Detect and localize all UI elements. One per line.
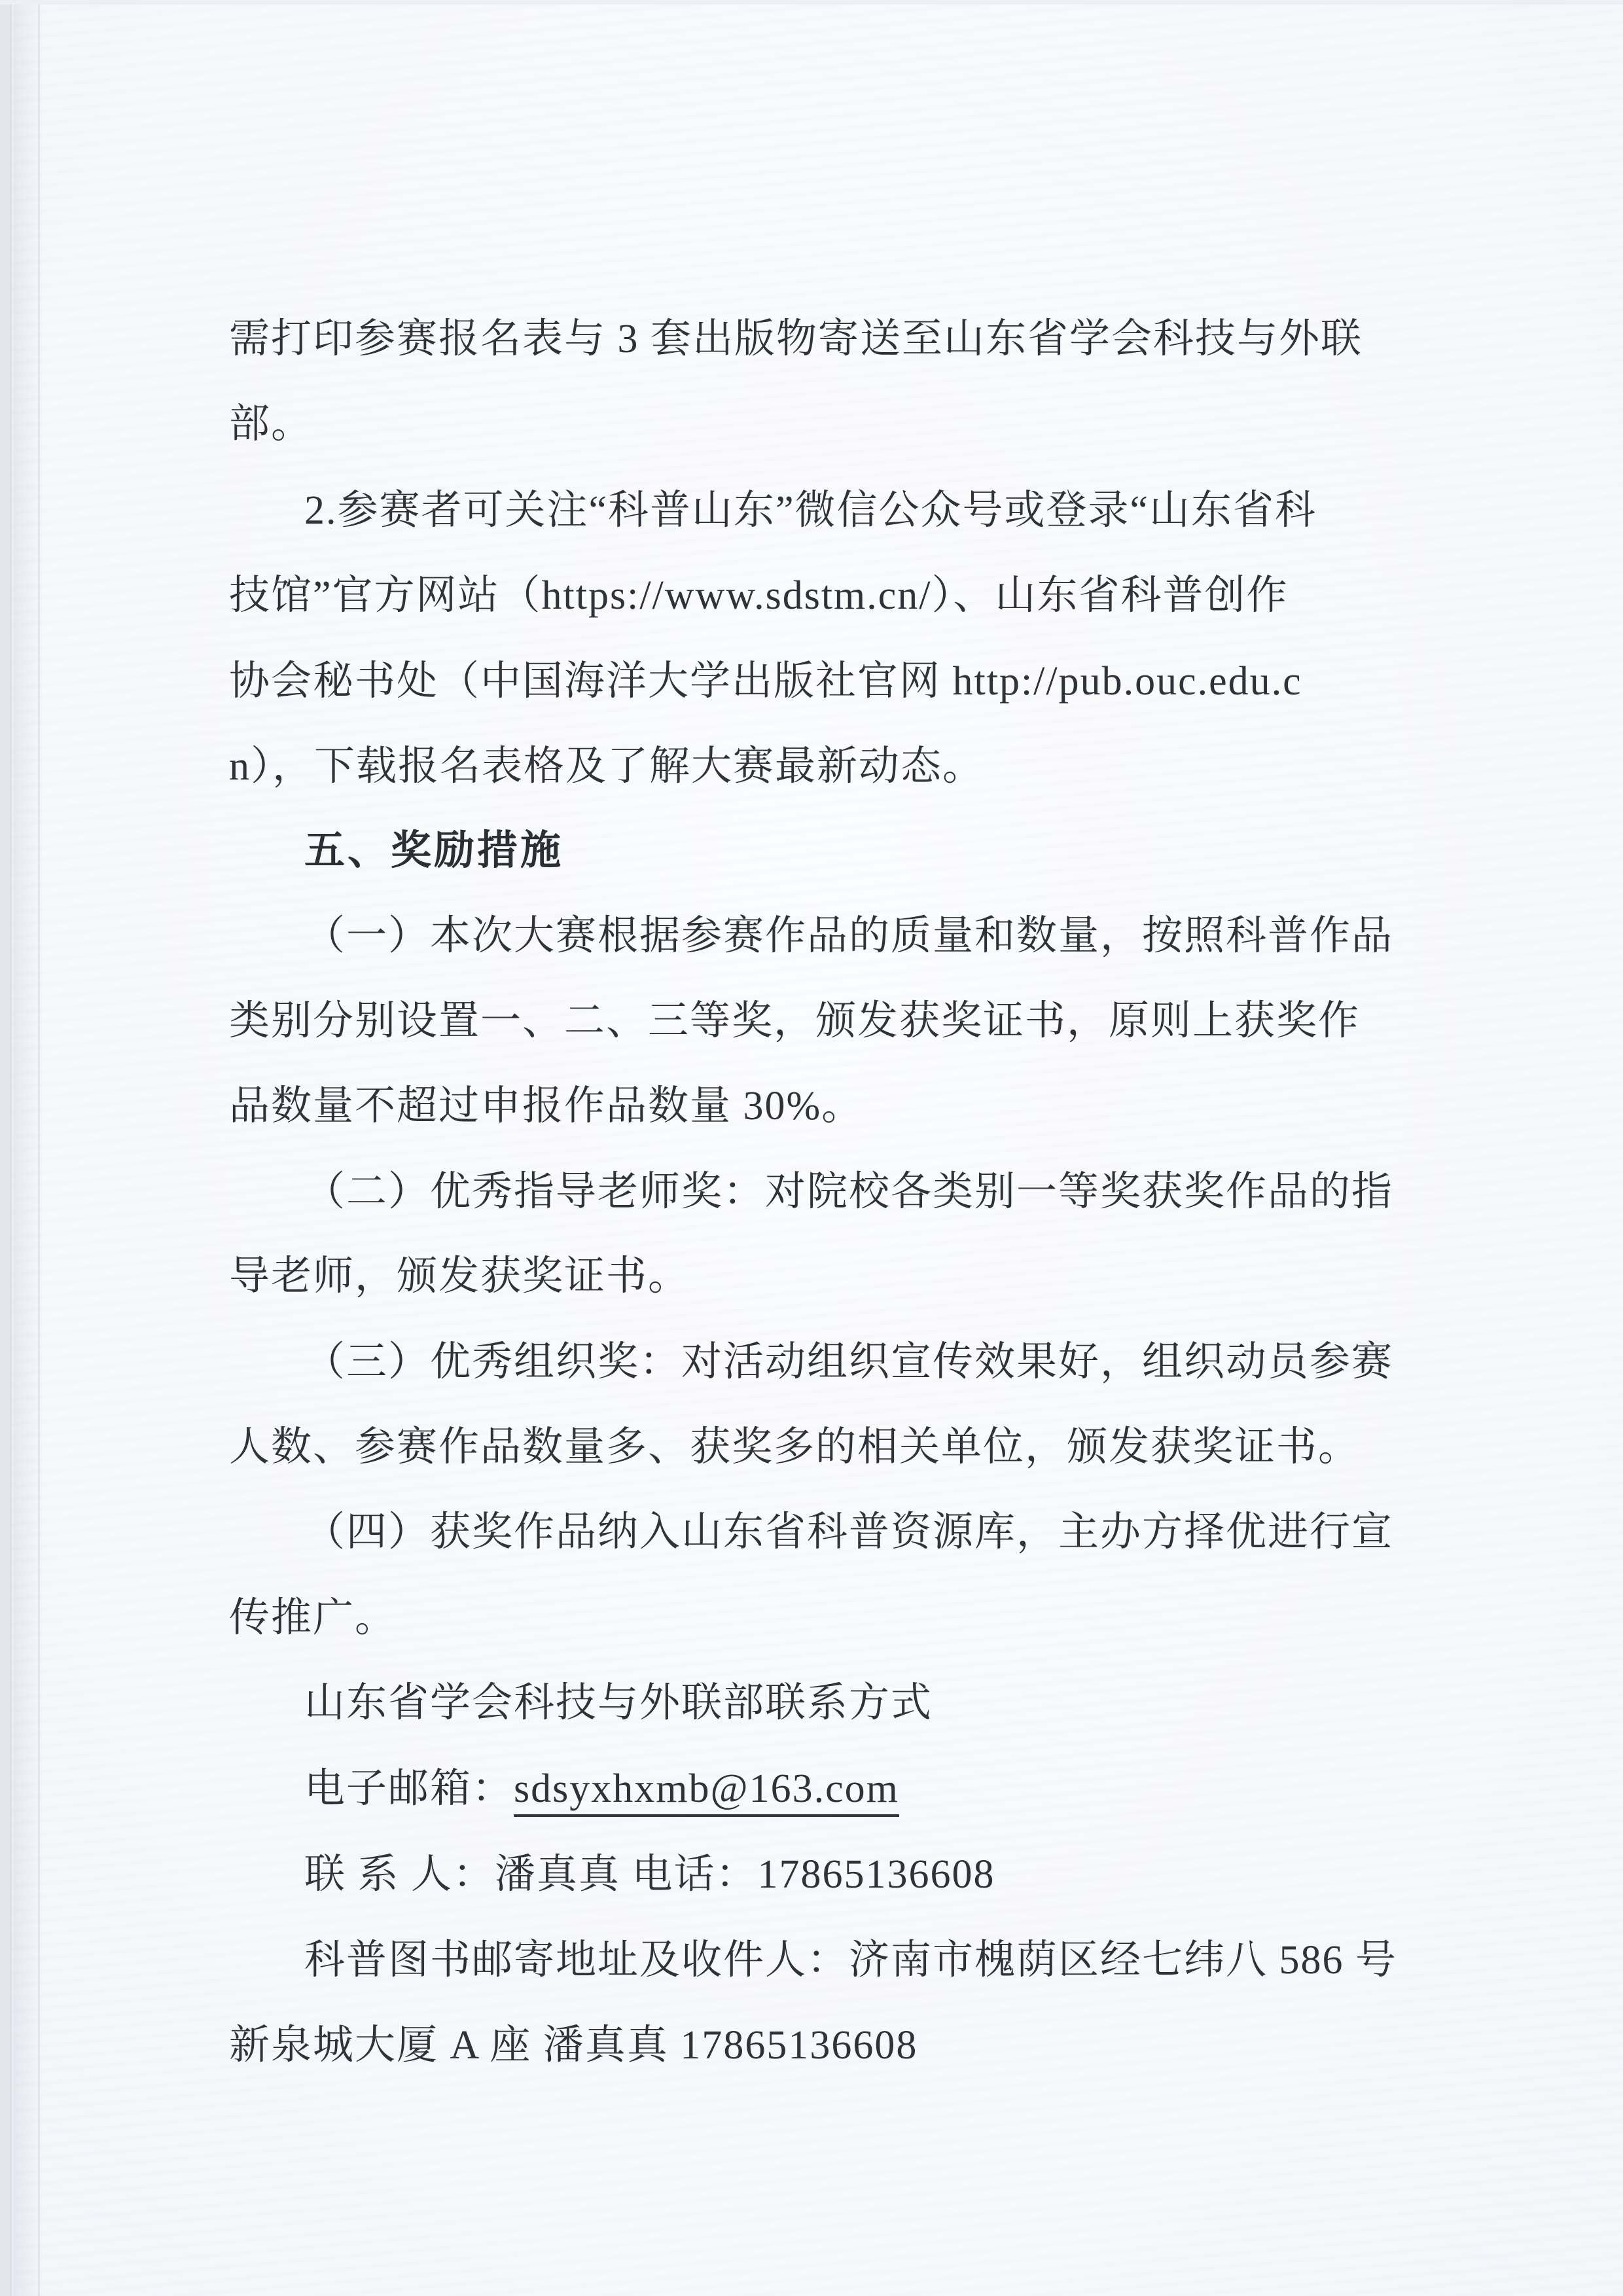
- text-line: 部。: [229, 393, 313, 456]
- text-line: （二）优秀指导老师奖：对院校各类别一等奖获奖作品的指: [304, 1160, 1393, 1223]
- text-line: 需打印参赛报名表与 3 套出版物寄送至山东省学会科技与外联: [229, 308, 1363, 370]
- text-line: 人数、参赛作品数量多、获奖多的相关单位，颁发获奖证书。: [229, 1416, 1360, 1479]
- email-link[interactable]: sdsyxhxmb@163.com: [514, 1767, 899, 1817]
- mailing-address-line2: 新泉城大厦 A 座 潘真真 17865136608: [229, 2014, 918, 2077]
- text-line: 品数量不超过申报作品数量 30%。: [229, 1075, 863, 1138]
- scanned-document-page: 需打印参赛报名表与 3 套出版物寄送至山东省学会科技与外联 部。 2.参赛者可关…: [0, 0, 1623, 2296]
- text-line: （三）优秀组织奖：对活动组织宣传效果好，组织动员参赛: [304, 1331, 1393, 1393]
- text-line: 导老师，颁发获奖证书。: [229, 1245, 690, 1308]
- contact-section-title: 山东省学会科技与外联部联系方式: [304, 1672, 933, 1734]
- scan-fold-line: [38, 0, 40, 2296]
- text-line: （四）获奖作品纳入山东省科普资源库，主办方择优进行宣: [304, 1501, 1393, 1564]
- text-line: 类别分别设置一、二、三等奖，颁发获奖证书，原则上获奖作: [229, 990, 1360, 1052]
- text-line: 2.参赛者可关注“科普山东”微信公众号或登录“山东省科: [304, 479, 1317, 542]
- text-line: n），下载报名表格及了解大赛最新动态。: [229, 735, 984, 798]
- text-line: 协会秘书处（中国海洋大学出版社官网 http://pub.ouc.edu.c: [229, 650, 1302, 713]
- text-line: （一）本次大赛根据参赛作品的质量和数量，按照科普作品: [304, 905, 1393, 967]
- text-line: 技馆”官方网站（https://www.sdstm.cn/）、山东省科普创作: [229, 564, 1289, 627]
- email-label: 电子邮箱：: [304, 1767, 514, 1811]
- page-top-edge: [0, 0, 1623, 5]
- page-left-edge: [0, 0, 10, 2296]
- email-line: 电子邮箱：sdsyxhxmb@163.com: [304, 1757, 899, 1820]
- section-heading: 五、奖励措施: [304, 819, 563, 882]
- text-line: 传推广。: [229, 1587, 397, 1649]
- contact-person-line: 联 系 人：潘真真 电话：17865136608: [304, 1843, 995, 1906]
- mailing-address-line: 科普图书邮寄地址及收件人：济南市槐荫区经七纬八 586 号: [304, 1929, 1397, 1992]
